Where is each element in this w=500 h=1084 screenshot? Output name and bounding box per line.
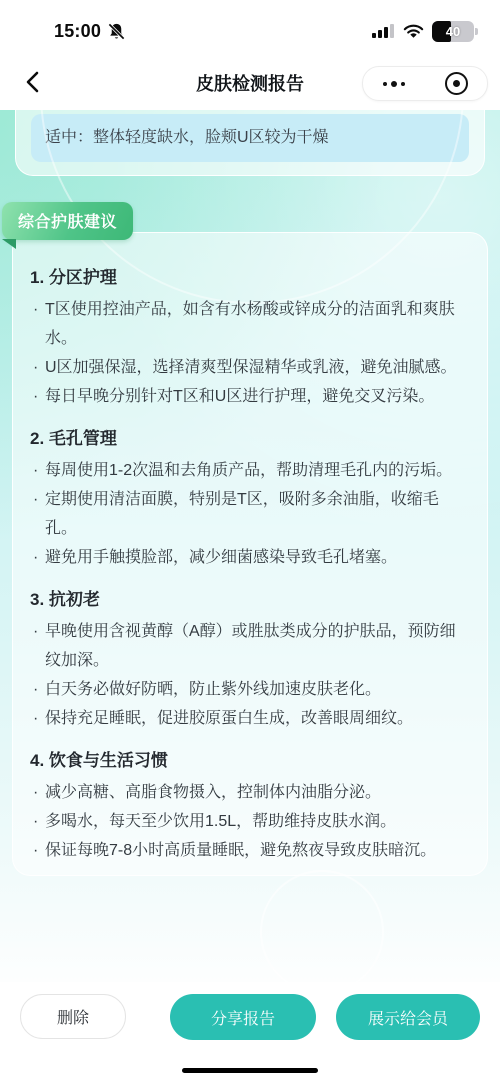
advice-section: 4. 饮食与生活习惯 减少高糖、高脂食物摄入，控制体内油脂分泌。多喝水，每天至少… bbox=[30, 746, 470, 865]
section-bullets: 每周使用1-2次温和去角质产品，帮助清理毛孔内的污垢。定期使用清洁面膜，特别是T… bbox=[30, 456, 470, 572]
bottom-action-bar: 删除 分享报告 展示给会员 bbox=[0, 982, 500, 1084]
decor-circle bbox=[260, 870, 384, 982]
bell-muted-icon bbox=[107, 22, 126, 41]
section-bullets: 早晚使用含视黄醇（A醇）或胜肽类成分的护肤品，预防细纹加深。白天务必做好防晒，防… bbox=[30, 617, 470, 733]
advice-bullet: U区加强保湿，选择清爽型保湿精华或乳液，避免油腻感。 bbox=[30, 353, 470, 382]
hydration-summary-text: 适中：整体轻度缺水，脸颊U区较为干燥 bbox=[31, 114, 469, 162]
delete-button[interactable]: 删除 bbox=[20, 994, 126, 1039]
battery-percent: 40 bbox=[446, 24, 460, 39]
miniprogram-capsule bbox=[362, 66, 488, 101]
advice-bullet: 早晚使用含视黄醇（A醇）或胜肽类成分的护肤品，预防细纹加深。 bbox=[30, 617, 470, 675]
advice-bullet: 减少高糖、高脂食物摄入，控制体内油脂分泌。 bbox=[30, 778, 470, 807]
nav-bar: 皮肤检测报告 bbox=[0, 56, 500, 110]
status-bar: 15:00 bbox=[0, 0, 500, 56]
advice-section: 3. 抗初老 早晚使用含视黄醇（A醇）或胜肽类成分的护肤品，预防细纹加深。白天务… bbox=[30, 585, 470, 733]
advice-bullet: 白天务必做好防晒，防止紫外线加速皮肤老化。 bbox=[30, 675, 470, 704]
advice-badge: 综合护肤建议 bbox=[2, 202, 133, 240]
section-title: 4. 饮食与生活习惯 bbox=[30, 746, 470, 775]
advice-bullet: T区使用控油产品，如含有水杨酸或锌成分的洁面乳和爽肤水。 bbox=[30, 295, 470, 353]
home-indicator[interactable] bbox=[182, 1068, 318, 1073]
wifi-icon bbox=[403, 24, 424, 39]
advice-bullet: 保证每晚7-8小时高质量睡眠，避免熬夜导致皮肤暗沉。 bbox=[30, 836, 470, 865]
advice-card: 1. 分区护理 T区使用控油产品，如含有水杨酸或锌成分的洁面乳和爽肤水。U区加强… bbox=[12, 232, 488, 876]
share-report-button[interactable]: 分享报告 bbox=[170, 994, 316, 1040]
section-title: 1. 分区护理 bbox=[30, 263, 470, 292]
section-bullets: T区使用控油产品，如含有水杨酸或锌成分的洁面乳和爽肤水。U区加强保湿，选择清爽型… bbox=[30, 295, 470, 411]
section-bullets: 减少高糖、高脂食物摄入，控制体内油脂分泌。多喝水，每天至少饮用1.5L，帮助维持… bbox=[30, 778, 470, 865]
advice-section: 2. 毛孔管理 每周使用1-2次温和去角质产品，帮助清理毛孔内的污垢。定期使用清… bbox=[30, 424, 470, 572]
advice-sections: 1. 分区护理 T区使用控油产品，如含有水杨酸或锌成分的洁面乳和爽肤水。U区加强… bbox=[30, 263, 470, 865]
advice-bullet: 每日早晚分别针对T区和U区进行护理，避免交叉污染。 bbox=[30, 382, 470, 411]
ellipsis-icon bbox=[383, 81, 405, 87]
section-title: 3. 抗初老 bbox=[30, 585, 470, 614]
clock: 15:00 bbox=[54, 21, 101, 42]
circled-dot-icon bbox=[445, 72, 468, 95]
cellular-signal-icon bbox=[372, 24, 395, 39]
advice-bullet: 避免用手触摸脸部，减少细菌感染导致毛孔堵塞。 bbox=[30, 543, 470, 572]
advice-bullet: 定期使用清洁面膜，特别是T区，吸附多余油脂，收缩毛孔。 bbox=[30, 485, 470, 543]
advice-bullet: 每周使用1-2次温和去角质产品，帮助清理毛孔内的污垢。 bbox=[30, 456, 470, 485]
show-to-member-button[interactable]: 展示给会员 bbox=[336, 994, 480, 1040]
screen: 15:00 bbox=[0, 0, 500, 1084]
exit-button[interactable] bbox=[425, 67, 487, 100]
section-title: 2. 毛孔管理 bbox=[30, 424, 470, 453]
battery-cap bbox=[475, 28, 478, 35]
advice-bullet: 多喝水，每天至少饮用1.5L，帮助维持皮肤水润。 bbox=[30, 807, 470, 836]
more-menu-button[interactable] bbox=[363, 67, 425, 100]
advice-section: 1. 分区护理 T区使用控油产品，如含有水杨酸或锌成分的洁面乳和爽肤水。U区加强… bbox=[30, 263, 470, 411]
advice-bullet: 保持充足睡眠，促进胶原蛋白生成，改善眼周细纹。 bbox=[30, 704, 470, 733]
battery-icon: 40 bbox=[432, 21, 474, 42]
report-content[interactable]: 适中：整体轻度缺水，脸颊U区较为干燥 综合护肤建议 1. 分区护理 T区使用控油… bbox=[0, 110, 500, 982]
hydration-summary-card: 适中：整体轻度缺水，脸颊U区较为干燥 bbox=[15, 110, 485, 176]
